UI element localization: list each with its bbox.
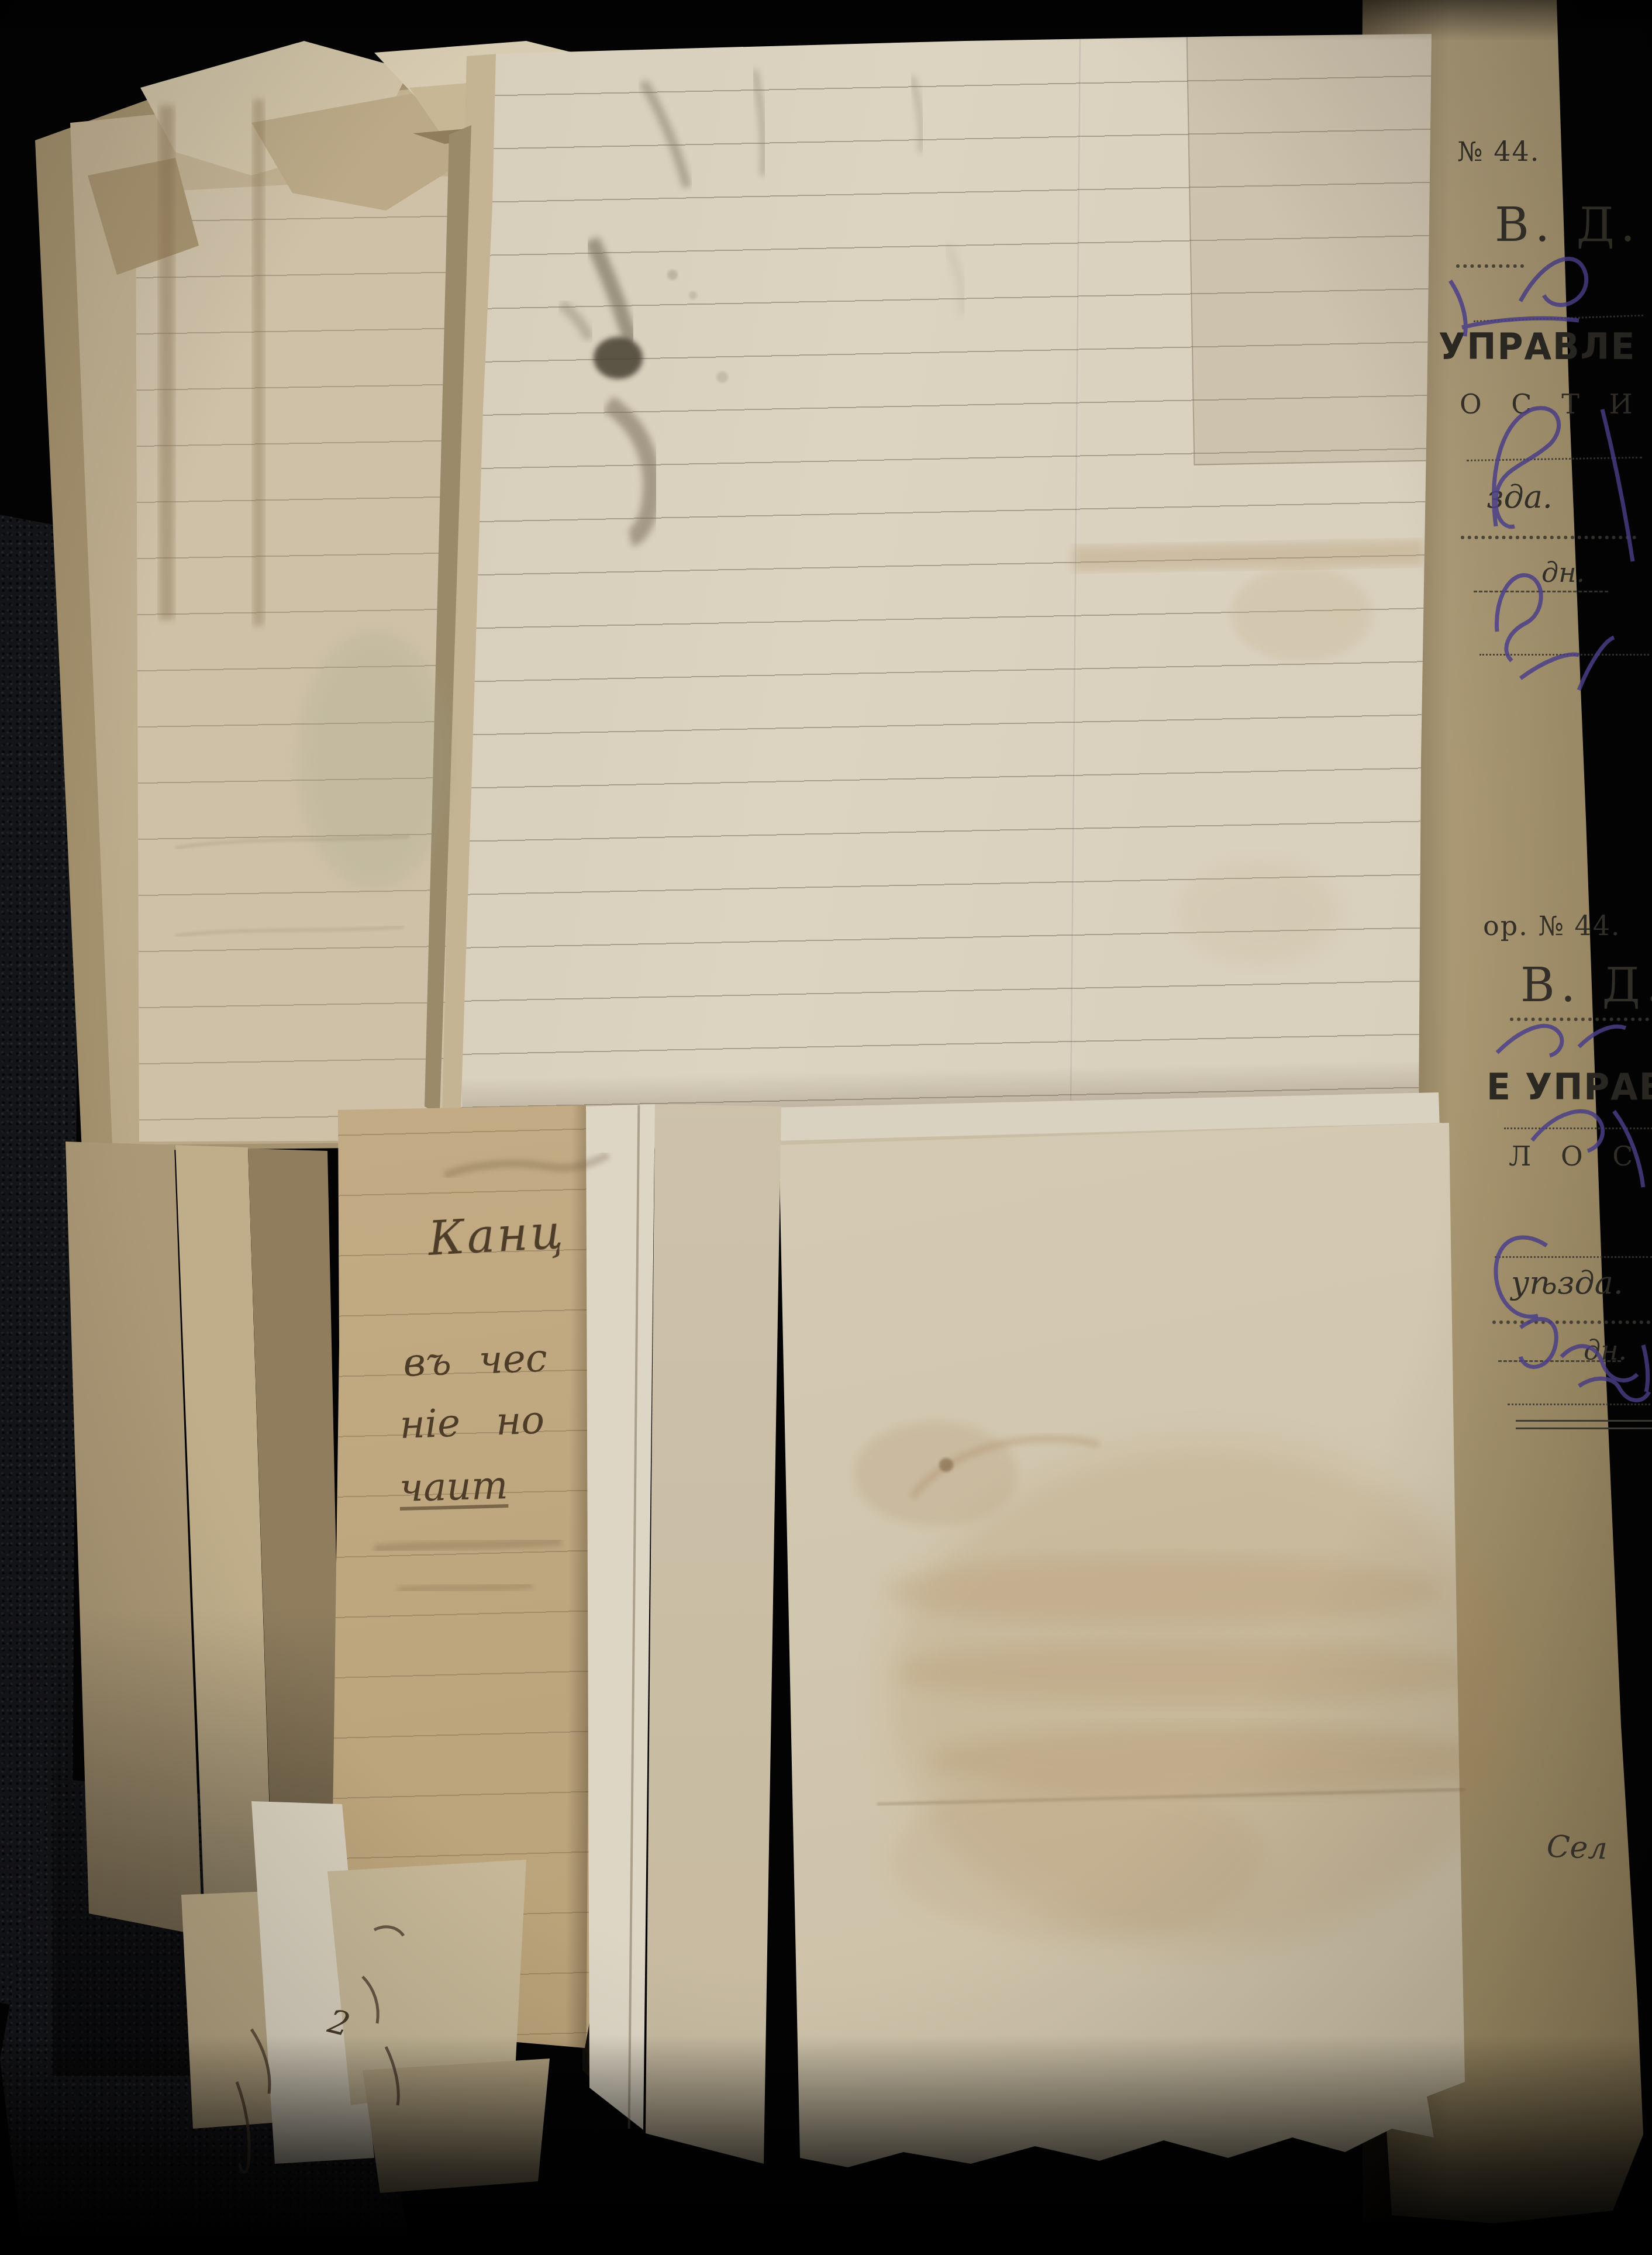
dashed-rule: [1474, 591, 1608, 592]
handwriting-line: чаит: [399, 1463, 508, 1511]
dotted-rule: [1492, 1320, 1652, 1324]
dashed-rule: [1498, 1360, 1621, 1362]
uyezd-label-bottom: уѣзда.: [1511, 1264, 1623, 1301]
office-line-top: УПРАВЛЕ: [1439, 325, 1636, 368]
archival-photo-stage: № 44. В. Д. УПРАВЛЕ О С Т И зда. дн. ор.…: [0, 0, 1652, 2255]
dotted-rule: [1456, 264, 1524, 268]
dotted-rule: [1495, 1256, 1652, 1258]
village-line: Сел: [1546, 1829, 1608, 1867]
handwriting-line: въ чес: [402, 1335, 548, 1385]
days-label-top: дн.: [1541, 557, 1585, 588]
dotted-rule: [1510, 1018, 1652, 1021]
dotted-rule: [1461, 536, 1636, 539]
ministry-initials-top: В. Д.: [1495, 198, 1641, 252]
volost-line-bottom: Л О С Т: [1509, 1140, 1652, 1172]
office-line-bottom: Е УПРАВЛ: [1487, 1066, 1652, 1109]
handwriting-line: ніе но: [399, 1397, 545, 1447]
dotted-rule: [1479, 654, 1649, 656]
ministry-initials-bottom: В. Д.: [1520, 958, 1652, 1012]
dotted-rule: [1504, 1127, 1652, 1129]
volost-line-top: О С Т И: [1460, 388, 1643, 420]
underlying-sheet-patch: [1187, 30, 1441, 465]
handwriting-line: Канц: [427, 1205, 567, 1266]
double-rule: [1516, 1420, 1652, 1429]
uyezd-line-top: зда.: [1487, 478, 1553, 515]
form-number-top: № 44.: [1457, 136, 1540, 167]
dotted-rule: [1508, 1404, 1652, 1405]
form-number-bottom: ор. № 44.: [1483, 910, 1621, 942]
